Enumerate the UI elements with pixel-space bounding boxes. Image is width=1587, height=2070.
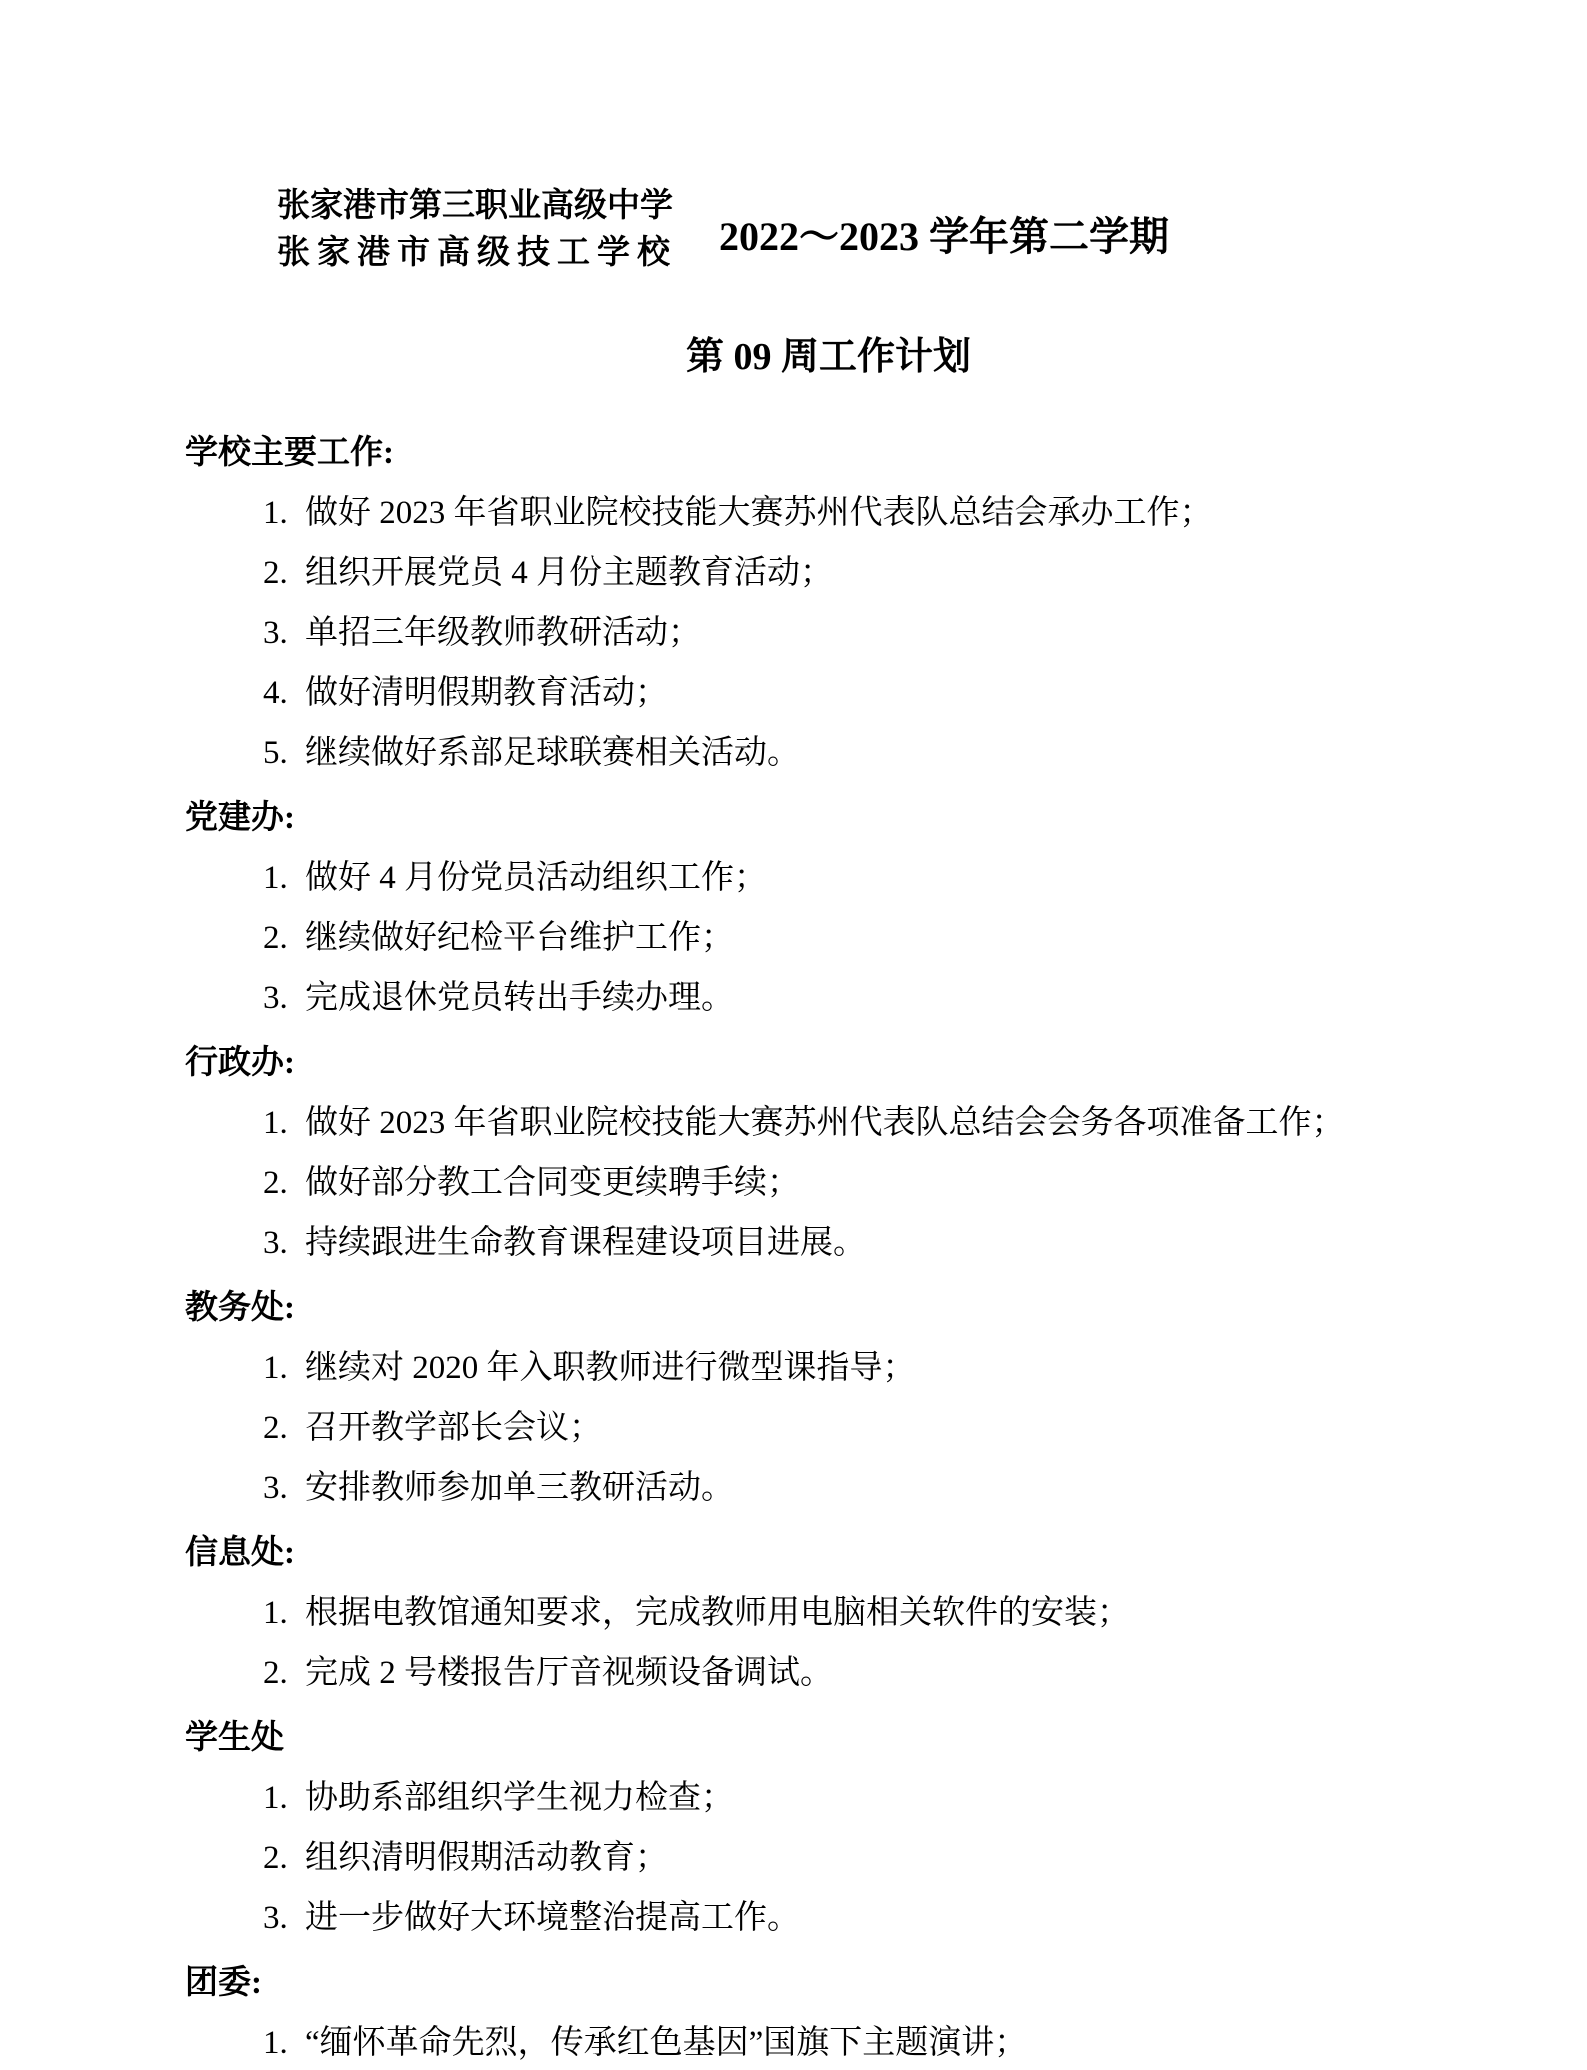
item-text: 继续对 2020 年入职教师进行微型课指导； <box>305 1350 916 1386</box>
item-text: 做好 2023 年省职业院校技能大赛苏州代表队总结会会务各项准备工作； <box>305 1105 1345 1141</box>
work-item: 2.组织开展党员 4 月份主题教育活动； <box>185 543 1472 603</box>
item-number: 1. <box>263 1338 305 1398</box>
item-number: 3. <box>263 603 305 663</box>
item-text: 组织清明假期活动教育； <box>305 1840 668 1876</box>
item-text: 持续跟进生命教育课程建设项目进展。 <box>305 1225 866 1261</box>
work-item: 2.组织清明假期活动教育； <box>185 1828 1472 1888</box>
page-title: 第 09 周工作计划 <box>185 333 1472 381</box>
work-item: 3.安排教师参加单三教研活动。 <box>185 1458 1472 1518</box>
section-information-office: 信息处: 1.根据电教馆通知要求，完成教师用电脑相关软件的安装； 2.完成 2 … <box>185 1523 1472 1703</box>
work-item: 4.做好清明假期教育活动； <box>185 663 1472 723</box>
work-item: 3.进一步做好大环境整治提高工作。 <box>185 1888 1472 1948</box>
item-number: 1. <box>263 1768 305 1828</box>
item-text: 安排教师参加单三教研活动。 <box>305 1470 734 1506</box>
document-page: 张家港市第三职业高级中学 张家港市高级技工学校 2022～2023 学年第二学期… <box>0 0 1587 2070</box>
semester-label: 2022～2023 学年第二学期 <box>719 205 1169 262</box>
section-heading: 行政办: <box>185 1033 1472 1093</box>
sections-container: 学校主要工作: 1.做好 2023 年省职业院校技能大赛苏州代表队总结会承办工作… <box>185 423 1472 2070</box>
work-item: 1.“缅怀革命先烈，传承红色基因”国旗下主题演讲； <box>185 2013 1472 2070</box>
work-item: 2.完成 2 号楼报告厅音视频设备调试。 <box>185 1643 1472 1703</box>
section-school-main-work: 学校主要工作: 1.做好 2023 年省职业院校技能大赛苏州代表队总结会承办工作… <box>185 423 1472 783</box>
work-item: 5.继续做好系部足球联赛相关活动。 <box>185 723 1472 783</box>
work-item: 3.单招三年级教师教研活动； <box>185 603 1472 663</box>
section-heading: 团委: <box>185 1953 1472 2013</box>
item-text: 做好清明假期教育活动； <box>305 675 668 711</box>
work-item: 1.根据电教馆通知要求，完成教师用电脑相关软件的安装； <box>185 1583 1472 1643</box>
work-item: 1.协助系部组织学生视力检查； <box>185 1768 1472 1828</box>
section-heading: 学校主要工作: <box>185 423 1472 483</box>
school-name-line1: 张家港市第三职业高级中学 <box>277 183 677 230</box>
item-number: 1. <box>263 483 305 543</box>
item-number: 4. <box>263 663 305 723</box>
item-number: 2. <box>263 1153 305 1213</box>
item-number: 1. <box>263 848 305 908</box>
school-name-block: 张家港市第三职业高级中学 张家港市高级技工学校 <box>277 183 677 277</box>
item-text: 组织开展党员 4 月份主题教育活动； <box>305 555 833 591</box>
work-item: 3.完成退休党员转出手续办理。 <box>185 968 1472 1028</box>
item-text: 做好部分教工合同变更续聘手续； <box>305 1165 800 1201</box>
section-heading: 党建办: <box>185 788 1472 848</box>
work-item: 2.做好部分教工合同变更续聘手续； <box>185 1153 1472 1213</box>
work-item: 1.继续对 2020 年入职教师进行微型课指导； <box>185 1338 1472 1398</box>
section-heading: 学生处 <box>185 1708 1472 1768</box>
item-number: 2. <box>263 1643 305 1703</box>
item-number: 2. <box>263 908 305 968</box>
item-text: 完成 2 号楼报告厅音视频设备调试。 <box>305 1655 833 1691</box>
section-student-affairs-office: 学生处 1.协助系部组织学生视力检查； 2.组织清明假期活动教育； 3.进一步做… <box>185 1708 1472 1948</box>
section-heading: 信息处: <box>185 1523 1472 1583</box>
item-number: 3. <box>263 1213 305 1273</box>
item-number: 2. <box>263 543 305 603</box>
item-text: 做好 2023 年省职业院校技能大赛苏州代表队总结会承办工作； <box>305 495 1213 531</box>
item-number: 3. <box>263 1888 305 1948</box>
work-item: 1.做好 2023 年省职业院校技能大赛苏州代表队总结会承办工作； <box>185 483 1472 543</box>
work-item: 1.做好 2023 年省职业院校技能大赛苏州代表队总结会会务各项准备工作； <box>185 1093 1472 1153</box>
item-text: 进一步做好大环境整治提高工作。 <box>305 1900 800 1936</box>
item-text: 召开教学部长会议； <box>305 1410 602 1446</box>
item-text: 继续做好系部足球联赛相关活动。 <box>305 735 800 771</box>
page-content: 张家港市第三职业高级中学 张家港市高级技工学校 2022～2023 学年第二学期… <box>0 0 1587 2070</box>
item-number: 1. <box>263 2013 305 2070</box>
item-text: 做好 4 月份党员活动组织工作； <box>305 860 767 896</box>
item-number: 5. <box>263 723 305 783</box>
item-text: 单招三年级教师教研活动； <box>305 615 701 651</box>
work-item: 1.做好 4 月份党员活动组织工作； <box>185 848 1472 908</box>
work-item: 2.继续做好纪检平台维护工作； <box>185 908 1472 968</box>
item-text: 协助系部组织学生视力检查； <box>305 1780 734 1816</box>
item-text: 继续做好纪检平台维护工作； <box>305 920 734 956</box>
section-youth-league-committee: 团委: 1.“缅怀革命先烈，传承红色基因”国旗下主题演讲； <box>185 1953 1472 2070</box>
item-text: 根据电教馆通知要求，完成教师用电脑相关软件的安装； <box>305 1595 1130 1631</box>
item-number: 1. <box>263 1093 305 1153</box>
document-header: 张家港市第三职业高级中学 张家港市高级技工学校 2022～2023 学年第二学期 <box>277 0 1472 277</box>
item-number: 3. <box>263 1458 305 1518</box>
work-item: 3.持续跟进生命教育课程建设项目进展。 <box>185 1213 1472 1273</box>
section-heading: 教务处: <box>185 1278 1472 1338</box>
section-administrative-office: 行政办: 1.做好 2023 年省职业院校技能大赛苏州代表队总结会会务各项准备工… <box>185 1033 1472 1273</box>
item-number: 2. <box>263 1398 305 1458</box>
school-name-line2: 张家港市高级技工学校 <box>277 230 677 277</box>
item-number: 1. <box>263 1583 305 1643</box>
section-party-building-office: 党建办: 1.做好 4 月份党员活动组织工作； 2.继续做好纪检平台维护工作； … <box>185 788 1472 1028</box>
item-text: “缅怀革命先烈，传承红色基因”国旗下主题演讲； <box>305 2025 1027 2061</box>
section-academic-affairs-office: 教务处: 1.继续对 2020 年入职教师进行微型课指导； 2.召开教学部长会议… <box>185 1278 1472 1518</box>
item-number: 3. <box>263 968 305 1028</box>
item-number: 2. <box>263 1828 305 1888</box>
work-item: 2.召开教学部长会议； <box>185 1398 1472 1458</box>
item-text: 完成退休党员转出手续办理。 <box>305 980 734 1016</box>
